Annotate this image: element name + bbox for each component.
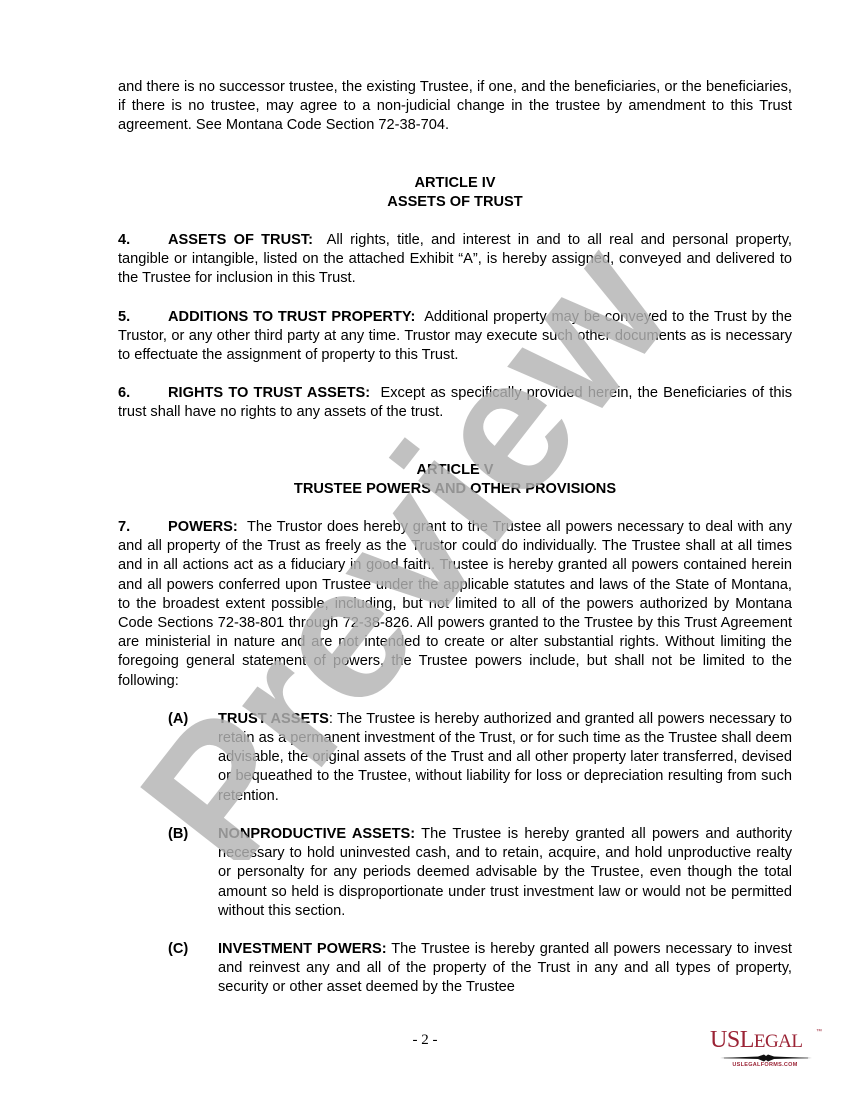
section-heading: RIGHTS TO TRUST ASSETS:	[168, 385, 370, 401]
trademark-symbol: ™	[816, 1029, 822, 1035]
document-page: and there is no successor trustee, the e…	[0, 0, 850, 1100]
article-iv-heading: ARTICLE IV ASSETS OF TRUST	[118, 174, 792, 212]
article-v-heading: ARTICLE V TRUSTEE POWERS AND OTHER PROVI…	[118, 461, 792, 499]
section-text: The Trustor does hereby grant to the Tru…	[118, 519, 792, 689]
subsection-label: (A)	[168, 710, 188, 729]
section-heading: POWERS:	[168, 519, 238, 535]
subsection-c: (C) INVESTMENT POWERS: The Trustee is he…	[118, 940, 792, 998]
section-5: 5.ADDITIONS TO TRUST PROPERTY: Additiona…	[118, 308, 792, 366]
subsection-heading: TRUST ASSETS	[218, 711, 329, 727]
subsection-heading: INVESTMENT POWERS:	[218, 941, 387, 957]
article-number: ARTICLE IV	[118, 174, 792, 193]
subsection-heading: NONPRODUCTIVE ASSETS:	[218, 826, 415, 842]
section-7: 7.POWERS: The Trustor does hereby grant …	[118, 518, 792, 691]
article-number: ARTICLE V	[118, 461, 792, 480]
section-4: 4.ASSETS OF TRUST: All rights, title, an…	[118, 231, 792, 289]
section-number: 4.	[118, 231, 168, 250]
subsection-label: (B)	[168, 825, 188, 844]
section-number: 6.	[118, 384, 168, 403]
section-number: 7.	[118, 518, 168, 537]
section-heading: ASSETS OF TRUST:	[168, 232, 313, 248]
subsection-b: (B) NONPRODUCTIVE ASSETS: The Trustee is…	[118, 825, 792, 921]
uslegal-logo: USLEGAL ™ USLEGALFORMS.COM	[706, 1027, 824, 1071]
subsection-a: (A) TRUST ASSETS: The Trustee is hereby …	[118, 710, 792, 806]
section-6: 6.RIGHTS TO TRUST ASSETS: Except as spec…	[118, 384, 792, 422]
logo-wordmark: USLEGAL	[710, 1027, 803, 1055]
section-heading: ADDITIONS TO TRUST PROPERTY:	[168, 309, 415, 325]
document-body: and there is no successor trustee, the e…	[118, 78, 792, 1017]
intro-paragraph: and there is no successor trustee, the e…	[118, 78, 792, 136]
section-number: 5.	[118, 308, 168, 327]
article-title: ASSETS OF TRUST	[118, 193, 792, 212]
eagle-wings-icon	[720, 1054, 812, 1062]
subsection-label: (C)	[168, 940, 188, 959]
logo-url: USLEGALFORMS.COM	[706, 1062, 824, 1068]
article-title: TRUSTEE POWERS AND OTHER PROVISIONS	[118, 480, 792, 499]
